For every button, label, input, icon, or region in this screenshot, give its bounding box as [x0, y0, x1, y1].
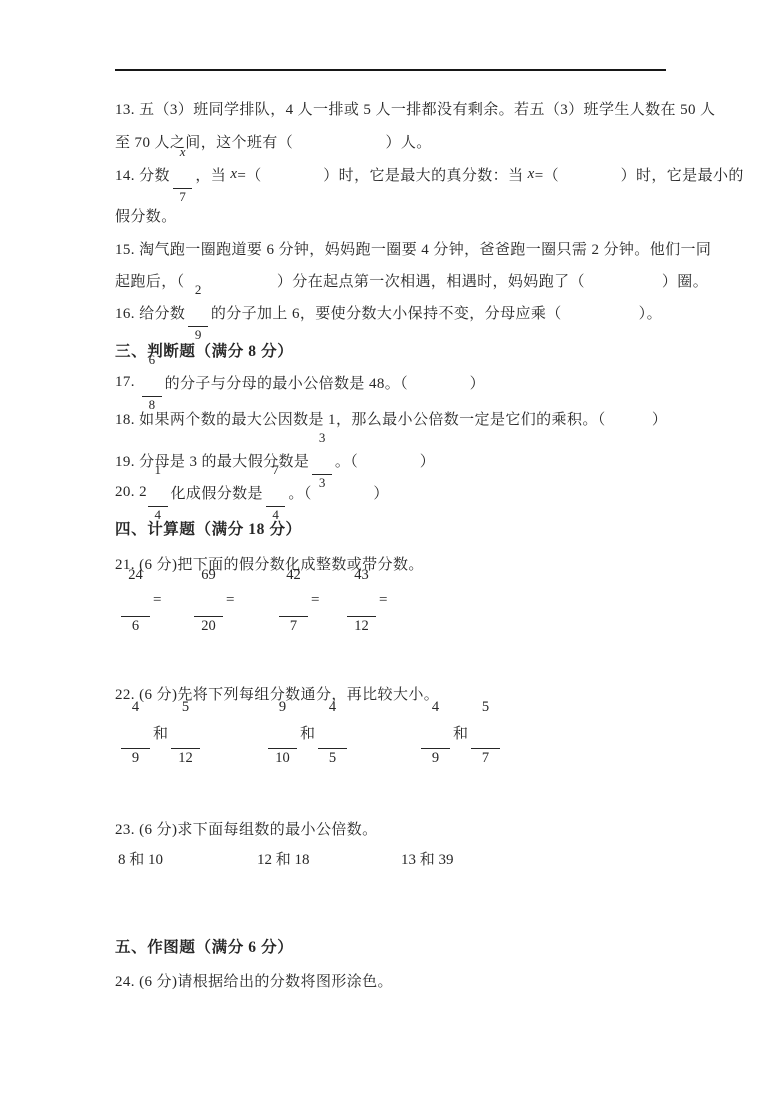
and-text: 和 — [153, 722, 168, 743]
question-21-text: 21. (6 分)把下面的假分数化成整数或带分数。 — [115, 555, 424, 575]
q16-text: 16. 给分数 — [115, 302, 185, 323]
variable-x: x — [528, 166, 535, 183]
q17-text: 的分子与分母的最小公倍数是 48。（ ） — [165, 372, 485, 393]
fraction-69-20: 69 20 = — [191, 581, 234, 619]
question-20: 20. 2 1 4 化成假分数是 7 4 。（ ） — [115, 473, 389, 511]
fraction-42-7: 42 7 = — [276, 581, 319, 619]
q20-text: 20. — [115, 484, 139, 501]
pair-9-10-and-4-5: 9 10 和 4 5 — [265, 712, 350, 752]
fraction: 4 9 — [121, 667, 150, 798]
section-5-header: 五、作图题（满分 6 分） — [115, 938, 293, 958]
q16-text: 的分子加上 6，要使分数大小保持不变，分母应乘（ ）。 — [211, 302, 662, 323]
fraction: 5 12 — [171, 667, 200, 798]
q14-text: =（ ）时，它是最小的 — [535, 164, 744, 185]
question-13-line-1: 13. 五（3）班同学排队，4 人一排或 5 人一排都没有剩余。若五（3）班学生… — [115, 100, 715, 120]
equals-sign: = — [153, 592, 161, 609]
header-rule — [115, 69, 666, 71]
q19-text: 。（ ） — [335, 450, 435, 471]
fraction-43-12: 43 12 = — [344, 581, 387, 619]
fraction: 24 6 — [121, 535, 150, 666]
fraction: 4 9 — [421, 667, 450, 798]
pair-4-9-and-5-12: 4 9 和 5 12 — [118, 712, 203, 752]
q14-text: ，当 — [195, 164, 230, 185]
equals-sign: = — [226, 592, 234, 609]
q22-fraction-row: 4 9 和 5 12 9 10 和 4 5 4 9 和 — [0, 712, 780, 752]
and-text: 和 — [300, 722, 315, 743]
q17-text: 17. — [115, 374, 139, 391]
q20-text: 。（ ） — [288, 482, 388, 503]
fraction: 69 20 — [194, 535, 223, 666]
q21-fraction-row: 24 6 = 69 20 = 42 7 = 43 12 = — [0, 581, 780, 619]
q23-number-row: 8 和 10 12 和 18 13 和 39 — [0, 848, 780, 868]
question-14-line-2: 假分数。 — [115, 207, 177, 227]
mixed-number-whole: 2 — [139, 484, 147, 501]
fraction-24-6: 24 6 = — [118, 581, 161, 619]
question-13-line-2: 至 70 人之间，这个班有（ ）人。 — [115, 133, 432, 153]
exam-page: 13. 五（3）班同学排队，4 人一排或 5 人一排都没有剩余。若五（3）班学生… — [0, 0, 780, 1103]
fraction: 43 12 — [347, 535, 376, 666]
and-text: 和 — [453, 722, 468, 743]
group-13-and-39: 13 和 39 — [401, 848, 454, 868]
fraction: 4 5 — [318, 667, 347, 798]
group-8-and-10: 8 和 10 — [118, 848, 163, 868]
question-24-text: 24. (6 分)请根据给出的分数将图形涂色。 — [115, 972, 393, 992]
question-14-line-1: 14. 分数 x 7 ，当 x =（ ）时，它是最大的真分数：当 x =（ ）时… — [115, 156, 744, 192]
equals-sign: = — [311, 592, 319, 609]
variable-x: x — [230, 166, 237, 183]
fraction: 42 7 — [279, 535, 308, 666]
question-16: 16. 给分数 2 9 的分子加上 6，要使分数大小保持不变，分母应乘（ ）。 — [115, 294, 662, 330]
pair-4-9-and-5-7: 4 9 和 5 7 — [418, 712, 503, 752]
question-17: 17. 6 8 的分子与分母的最小公倍数是 48。（ ） — [115, 364, 485, 400]
question-23-text: 23. (6 分)求下面每组数的最小公倍数。 — [115, 820, 378, 840]
q14-text: 14. 分数 — [115, 164, 170, 185]
fraction: 5 7 — [471, 667, 500, 798]
equals-sign: = — [379, 592, 387, 609]
group-12-and-18: 12 和 18 — [257, 848, 310, 868]
q20-text: 化成假分数是 — [171, 482, 263, 503]
fraction: 9 10 — [268, 667, 297, 798]
question-18: 18. 如果两个数的最大公因数是 1，那么最小公倍数一定是它们的乘积。（ ） — [115, 410, 667, 430]
q14-text: =（ ）时，它是最大的真分数：当 — [237, 164, 527, 185]
